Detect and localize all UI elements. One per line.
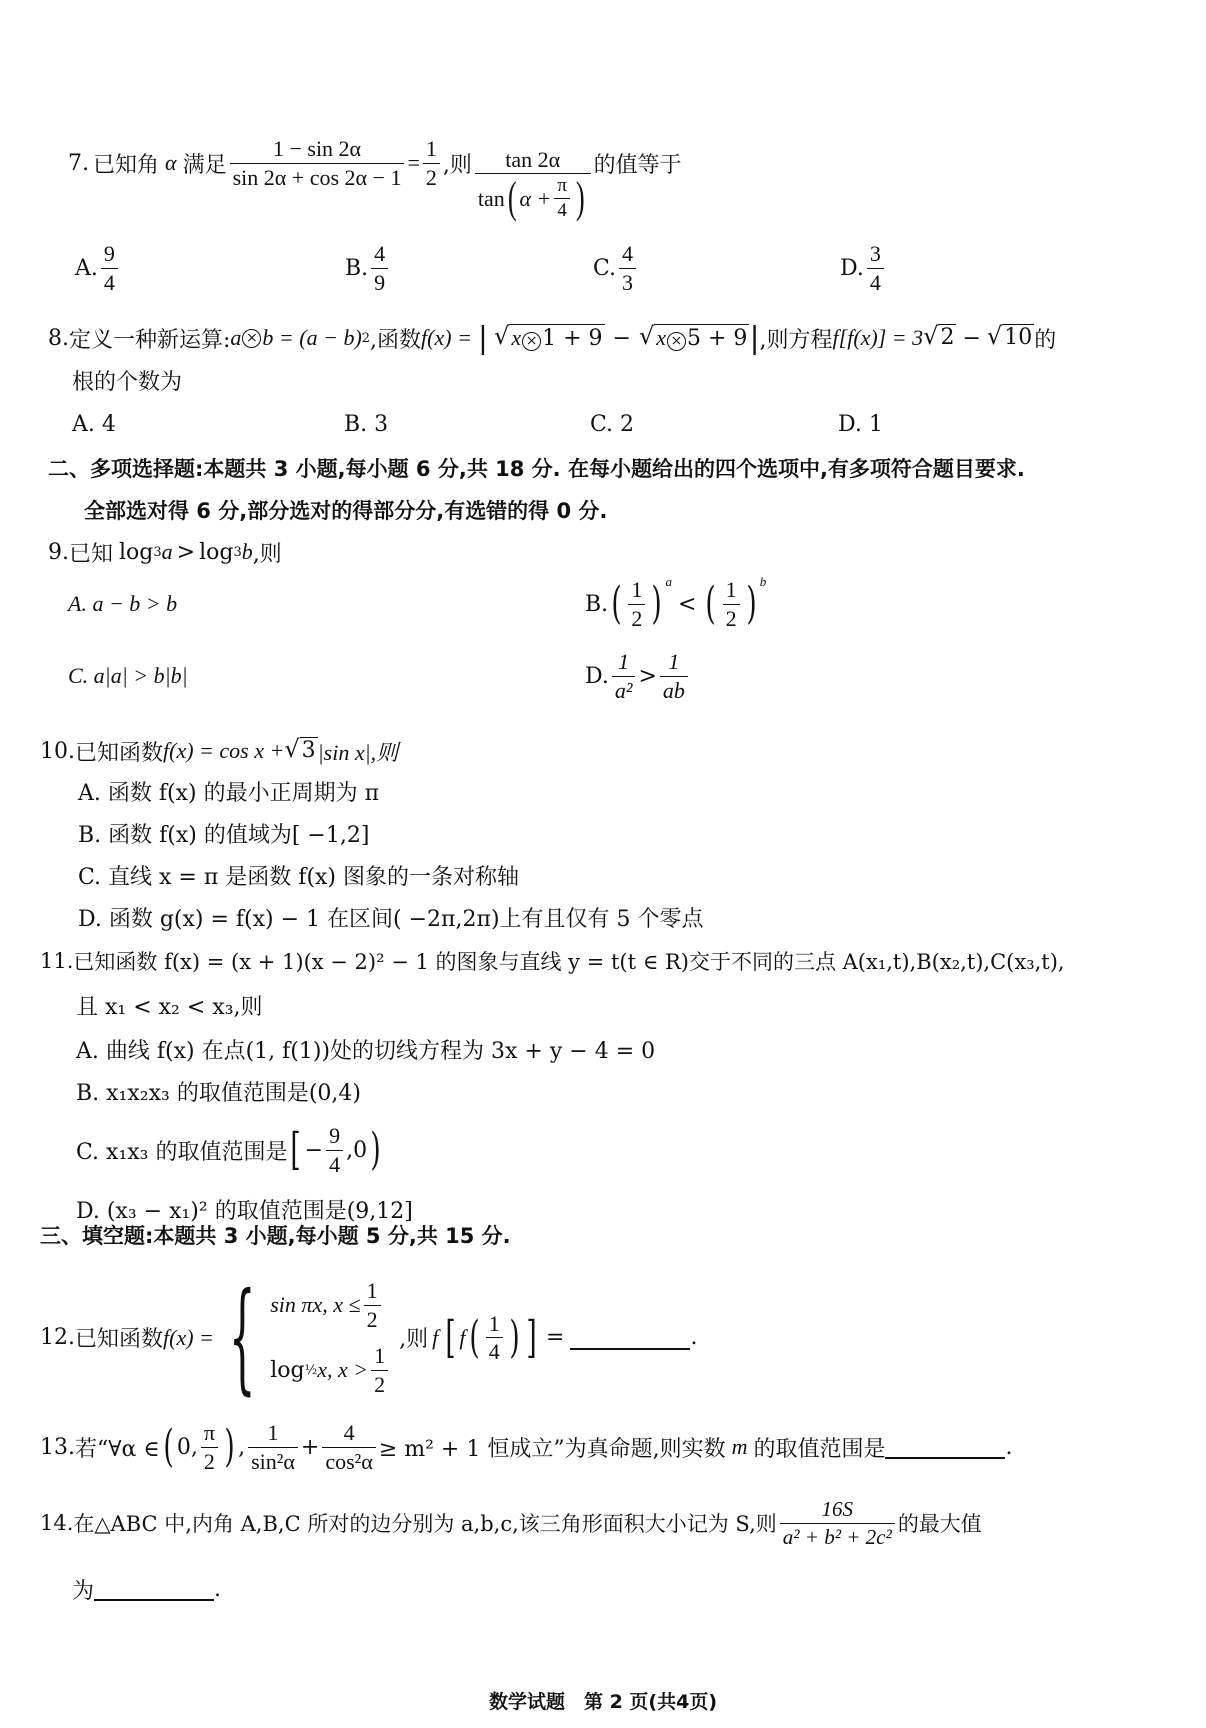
- option-a[interactable]: A. 94: [75, 242, 121, 293]
- otimes-icon: ×: [242, 329, 261, 348]
- question-number: 9.: [48, 540, 69, 565]
- question-12-stem: 12. 已知函数 f(x) = { sin πx, x ≤ 12 log½ x,…: [40, 1275, 697, 1400]
- question-number: 14.: [40, 1511, 73, 1535]
- stem-text: 已知角: [93, 148, 159, 179]
- question-11-line2: 且 x₁ < x₂ < x₃,则: [76, 986, 263, 1024]
- question-14-line2: 为 .: [72, 1570, 221, 1608]
- question-11-option-a[interactable]: A. 曲线 f(x) 在点(1, f(1))处的切线方程为 3x + y − 4…: [76, 1030, 655, 1068]
- question-13-stem: 13. 若“∀α ∈ ( 0, π2 ) , 1sin²α + 4cos²α ≥…: [40, 1416, 1012, 1478]
- option-b[interactable]: B. 49: [345, 242, 391, 293]
- option-d[interactable]: D. 34: [840, 242, 887, 293]
- sqrt: √ x×1 + 9: [494, 324, 604, 352]
- question-11-stem: 11. 已知函数 f(x) = (x + 1)(x − 2)² − 1 的图象与…: [40, 942, 1065, 980]
- option-c[interactable]: C. 43: [593, 242, 639, 293]
- question-7-stem: 7. 已知角 α 满足 1 − sin 2α sin 2α + cos 2α −…: [68, 128, 682, 198]
- question-9-stem: 9. 已知 log3a > log3b ,则: [48, 534, 282, 570]
- question-9-option-a[interactable]: A. a − b > b: [68, 584, 177, 624]
- otimes-icon: ×: [667, 332, 686, 351]
- option-a[interactable]: A. 4: [72, 412, 116, 437]
- answer-blank[interactable]: [94, 1577, 214, 1601]
- option-b[interactable]: B. 3: [344, 412, 388, 437]
- fraction: 1 2: [423, 137, 440, 188]
- question-number: 13.: [40, 1435, 75, 1460]
- question-number: 12.: [40, 1325, 75, 1350]
- question-number: 8.: [48, 326, 69, 351]
- question-8-stem: 8. 定义一种新运算: a × b = (a − b)2 ,函数 f(x) = …: [48, 318, 1056, 358]
- question-10-option-b[interactable]: B. 函数 f(x) 的值域为[ −1,2]: [78, 814, 369, 852]
- question-9-option-d[interactable]: D. 1a² > 1ab: [585, 646, 691, 706]
- question-7-options: A. 94 B. 49 C. 43 D. 34: [75, 238, 1075, 298]
- question-10-option-c[interactable]: C. 直线 x = π 是函数 f(x) 图象的一条对称轴: [78, 856, 519, 894]
- piecewise-cases: sin πx, x ≤ 12 log½ x, x > 12: [270, 1278, 391, 1398]
- question-9-option-c[interactable]: C. a|a| > b|b|: [68, 656, 188, 696]
- section-2-title: 二、多项选择题:本题共 3 小题,每小题 6 分,共 18 分. 在每小题给出的…: [48, 450, 1025, 486]
- question-number: 10.: [40, 739, 75, 764]
- math-var: α: [165, 150, 177, 176]
- otimes-icon: ×: [522, 332, 541, 351]
- question-number: 11.: [40, 949, 73, 973]
- page-footer: 数学试题 第 2 页(共4页): [0, 1684, 1206, 1716]
- fraction: tan 2α tan ( α + π 4 ): [475, 148, 591, 221]
- section-3-title: 三、填空题:本题共 3 小题,每小题 5 分,共 15 分.: [40, 1216, 511, 1254]
- section-2-subtitle: 全部选对得 6 分,部分选对的得部分分,有选错的得 0 分.: [84, 492, 607, 528]
- question-10-option-d[interactable]: D. 函数 g(x) = f(x) − 1 在区间( −2π,2π)上有且仅有 …: [78, 898, 704, 936]
- question-number: 7.: [68, 151, 89, 176]
- brace-icon: {: [229, 1278, 256, 1398]
- question-8-options: A. 4 B. 3 C. 2 D. 1: [72, 406, 1072, 442]
- question-10-option-a[interactable]: A. 函数 f(x) 的最小正周期为 π: [78, 772, 379, 810]
- option-d[interactable]: D. 1: [838, 412, 883, 437]
- question-11-option-c[interactable]: C. x₁x₃ 的取值范围是 [ − 94 ,0 ): [76, 1120, 384, 1180]
- fraction: 1 − sin 2α sin 2α + cos 2α − 1: [230, 137, 405, 188]
- sqrt: √ x×5 + 9: [639, 324, 749, 352]
- question-10-stem: 10. 已知函数 f(x) = cos x + √3 |sin x|,则: [40, 732, 398, 770]
- question-11-option-b[interactable]: B. x₁x₂x₃ 的取值范围是(0,4): [76, 1072, 361, 1110]
- stem-text: 满足: [183, 148, 227, 179]
- question-9-option-b[interactable]: B. ( 12 ) a < ( 12 ) b: [585, 574, 766, 634]
- question-8-line2: 根的个数为: [72, 362, 182, 398]
- option-c[interactable]: C. 2: [590, 412, 634, 437]
- answer-blank[interactable]: [885, 1435, 1005, 1459]
- answer-blank[interactable]: [570, 1326, 690, 1350]
- question-14-stem: 14. 在△ABC 中,内角 A,B,C 所对的边分别为 a,b,c,该三角形面…: [40, 1492, 982, 1554]
